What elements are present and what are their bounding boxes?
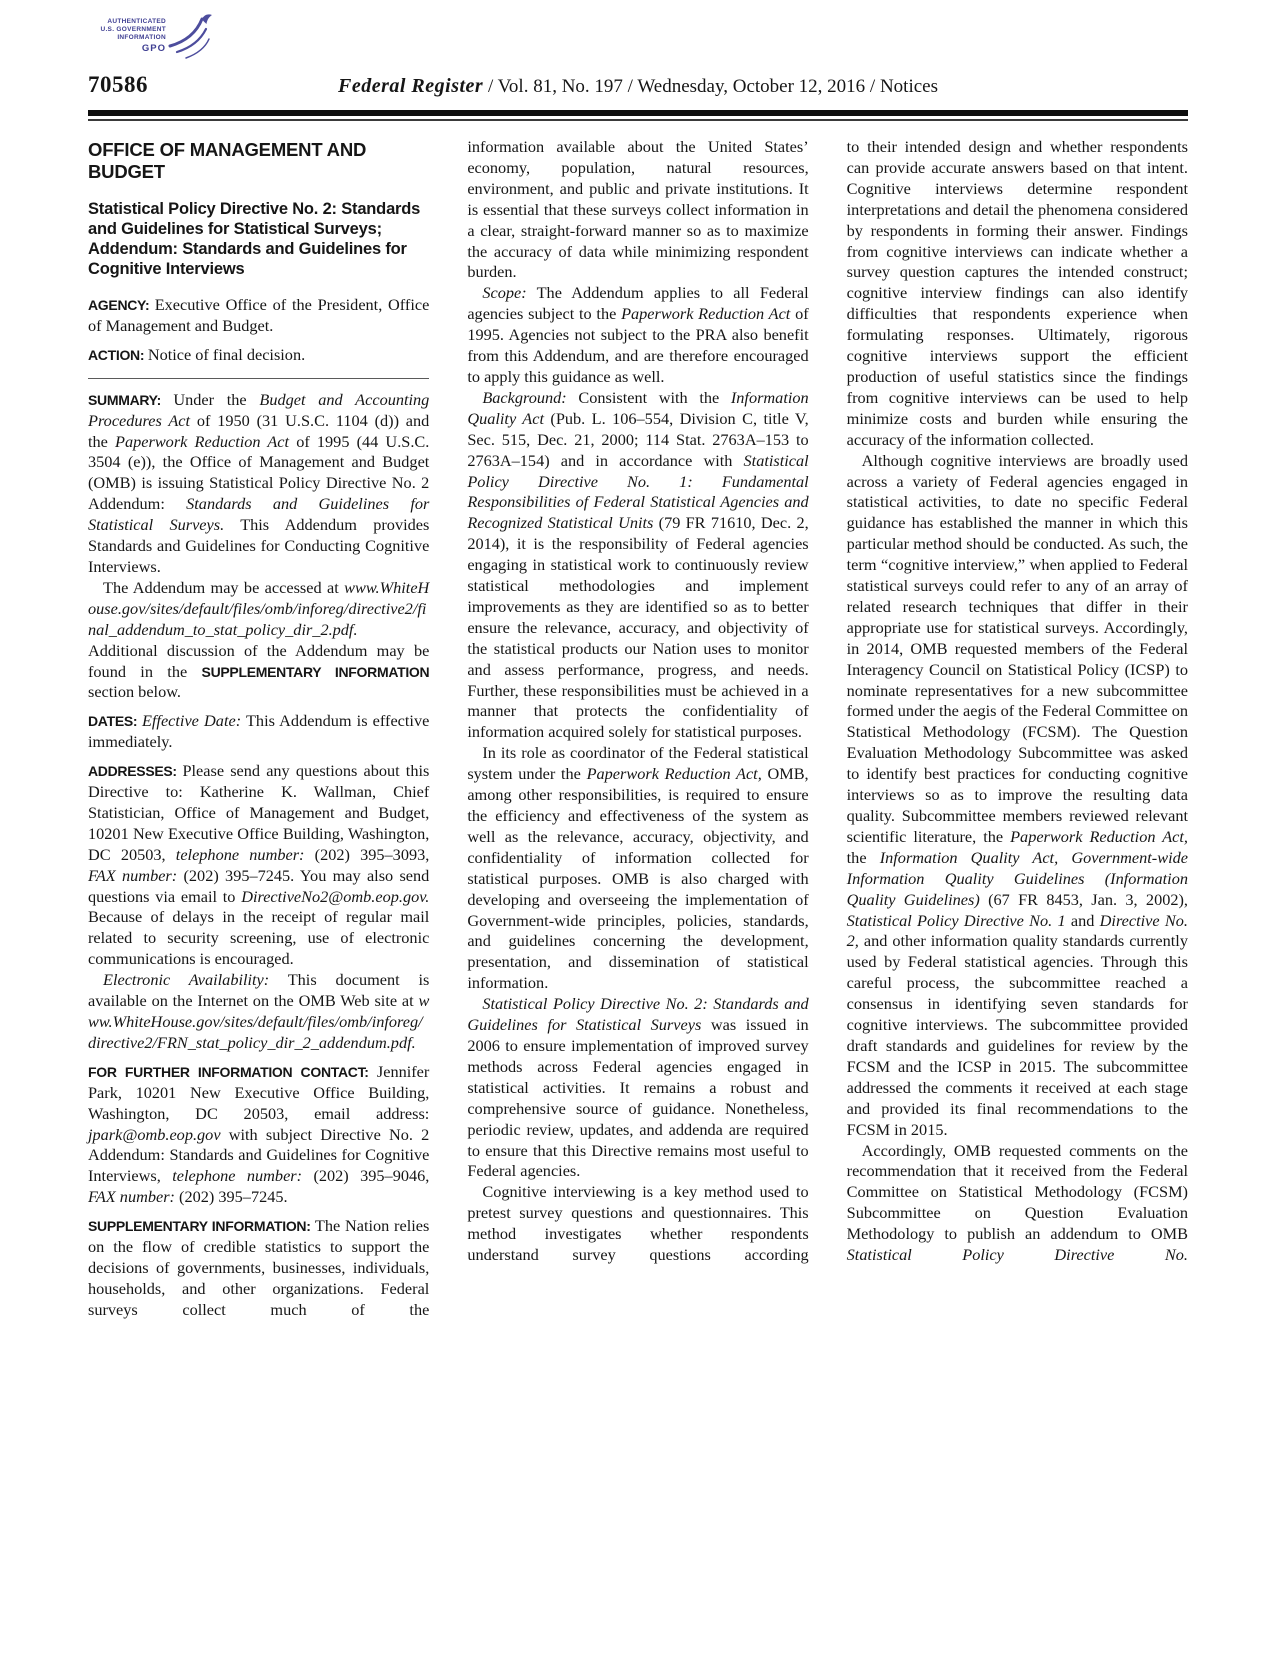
text-segment: section below. [88, 682, 181, 701]
text-segment: Under the [173, 390, 259, 409]
text-segment: Notice of final decision. [148, 345, 305, 364]
text-segment: to their intended design and whether res… [847, 137, 1188, 449]
text-segment: and other information quality standards … [847, 931, 1188, 1138]
masthead-title: Federal Register / Vol. 81, No. 197 / We… [88, 72, 1188, 98]
federal-register-page: AUTHENTICATED U.S. GOVERNMENT INFORMATIO… [0, 0, 1280, 1656]
paragraph: Accordingly, OMB requested comments on t… [847, 1141, 1188, 1266]
text-segment: (79 FR 71610, Dec. 2, 2014), it is the r… [467, 513, 808, 741]
column-2: information available about the United S… [467, 137, 808, 1321]
paragraph: SUPPLEMENTARY INFORMATION: The Nation re… [88, 1216, 429, 1321]
text-segment: and [1066, 911, 1100, 930]
text-segment: telephone number: [172, 1166, 302, 1185]
text-segment: Paperwork Reduction Act, [587, 764, 762, 783]
issue-info: / Vol. 81, No. 197 / Wednesday, October … [483, 76, 938, 97]
paragraph: Statistical Policy Directive No. 2: Stan… [467, 994, 808, 1182]
section-label: SUMMARY: [88, 392, 173, 408]
text-segment: information available about the United S… [467, 137, 808, 281]
paragraph: FOR FURTHER INFORMATION CONTACT: Jennife… [88, 1062, 429, 1208]
authenticated-line: AUTHENTICATED [88, 18, 166, 26]
authenticated-line: INFORMATION [88, 34, 166, 42]
column-1: OFFICE OF MANAGEMENT AND BUDGETStatistic… [88, 137, 429, 1321]
text-segment: Paperwork Reduction Act, [1010, 827, 1188, 846]
section-label: SUPPLEMENTARY INFORMATION: [88, 1218, 315, 1234]
document-title: Statistical Policy Directive No. 2: Stan… [88, 199, 429, 279]
agency-heading: OFFICE OF MANAGEMENT AND BUDGET [88, 139, 429, 183]
masthead-rule-thick [88, 110, 1188, 116]
authenticated-line: U.S. GOVERNMENT [88, 26, 166, 34]
section-label: AGENCY: [88, 297, 155, 313]
gpo-eagle-icon [168, 12, 214, 62]
paragraph: Although cognitive interviews are broadl… [847, 451, 1188, 1141]
journal-name: Federal Register [338, 75, 483, 97]
text-segment: FAX number: [88, 866, 177, 885]
paragraph: Background: Consistent with the Informat… [467, 388, 808, 743]
text-segment: Background: [482, 388, 566, 407]
text-segment: FAX number: [88, 1187, 175, 1206]
text-segment: telephone number: [176, 845, 305, 864]
text-segment: (202) 395–3093, [304, 845, 429, 864]
gpo-logo: AUTHENTICATED U.S. GOVERNMENT INFORMATIO… [88, 12, 238, 64]
text-segment: (202) 395–7245. [175, 1187, 288, 1206]
paragraph: ADDRESSES: Please send any questions abo… [88, 761, 429, 970]
text-segment: Paperwork Reduction Act [115, 432, 289, 451]
paragraph: DATES: Effective Date: This Addendum is … [88, 711, 429, 753]
text-segment: Effective Date: [142, 711, 241, 730]
paragraph: ACTION: Notice of final decision. [88, 345, 429, 366]
authenticated-text: AUTHENTICATED U.S. GOVERNMENT INFORMATIO… [88, 18, 166, 53]
paragraph: The Addendum may be accessed at www.Whit… [88, 578, 429, 703]
text-segment: (202) 395–9046, [302, 1166, 429, 1185]
section-label: FOR FURTHER INFORMATION CONTACT: [88, 1064, 377, 1080]
paragraph: In its role as coordinator of the Federa… [467, 743, 808, 994]
text-segment: The Addendum may be accessed at [103, 578, 344, 597]
text-segment: Consistent with the [567, 388, 731, 407]
paragraph: information available about the United S… [467, 137, 808, 283]
paragraph: to their intended design and whether res… [847, 137, 1188, 451]
paragraph: SUMMARY: Under the Budget and Accounting… [88, 390, 429, 578]
text-segment: jpark@omb.eop.gov [88, 1125, 221, 1144]
section-label: ACTION: [88, 347, 148, 363]
text-segment: SUPPLEMENTARY INFORMATION [202, 664, 430, 680]
text-segment: Although cognitive interviews are broadl… [847, 451, 1188, 846]
section-divider [88, 378, 429, 379]
page-content: AUTHENTICATED U.S. GOVERNMENT INFORMATIO… [88, 12, 1188, 1321]
section-label: ADDRESSES: [88, 763, 182, 779]
text-segment: Statistical Policy Directive No. [847, 1245, 1188, 1264]
text-segment: Paperwork Reduction Act [621, 304, 790, 323]
section-label: DATES: [88, 713, 142, 729]
column-3: to their intended design and whether res… [847, 137, 1188, 1321]
page-number: 70586 [88, 72, 148, 98]
text-segment: Electronic Availability: [103, 970, 269, 989]
text-segment: DirectiveNo2@omb.eop.gov. [241, 887, 429, 906]
text-segment: Statistical Policy Directive No. 1 [847, 911, 1066, 930]
text-segment: Because of delays in the receipt of regu… [88, 907, 429, 968]
masthead: 70586 Federal Register / Vol. 81, No. 19… [88, 72, 1188, 102]
paragraph: Cognitive interviewing is a key method u… [467, 1182, 808, 1266]
text-segment: OMB, among other responsibilities, is re… [467, 764, 808, 992]
article: OFFICE OF MANAGEMENT AND BUDGETStatistic… [88, 137, 1188, 1321]
paragraph: Scope: The Addendum applies to all Feder… [467, 283, 808, 388]
text-segment: Accordingly, OMB requested comments on t… [847, 1141, 1188, 1244]
text-segment: Cognitive interviewing is a key method u… [467, 1182, 808, 1264]
gpo-label: GPO [88, 45, 166, 53]
paragraph: Electronic Availability: This document i… [88, 970, 429, 1054]
text-segment: (67 FR 8453, Jan. 3, 2002), [980, 890, 1188, 909]
text-segment: Scope: [482, 283, 526, 302]
text-segment: was issued in 2006 to ensure implementat… [467, 1015, 808, 1180]
text-segment: the [847, 848, 880, 867]
masthead-rule-thin [88, 119, 1188, 121]
paragraph: AGENCY: Executive Office of the Presiden… [88, 295, 429, 337]
